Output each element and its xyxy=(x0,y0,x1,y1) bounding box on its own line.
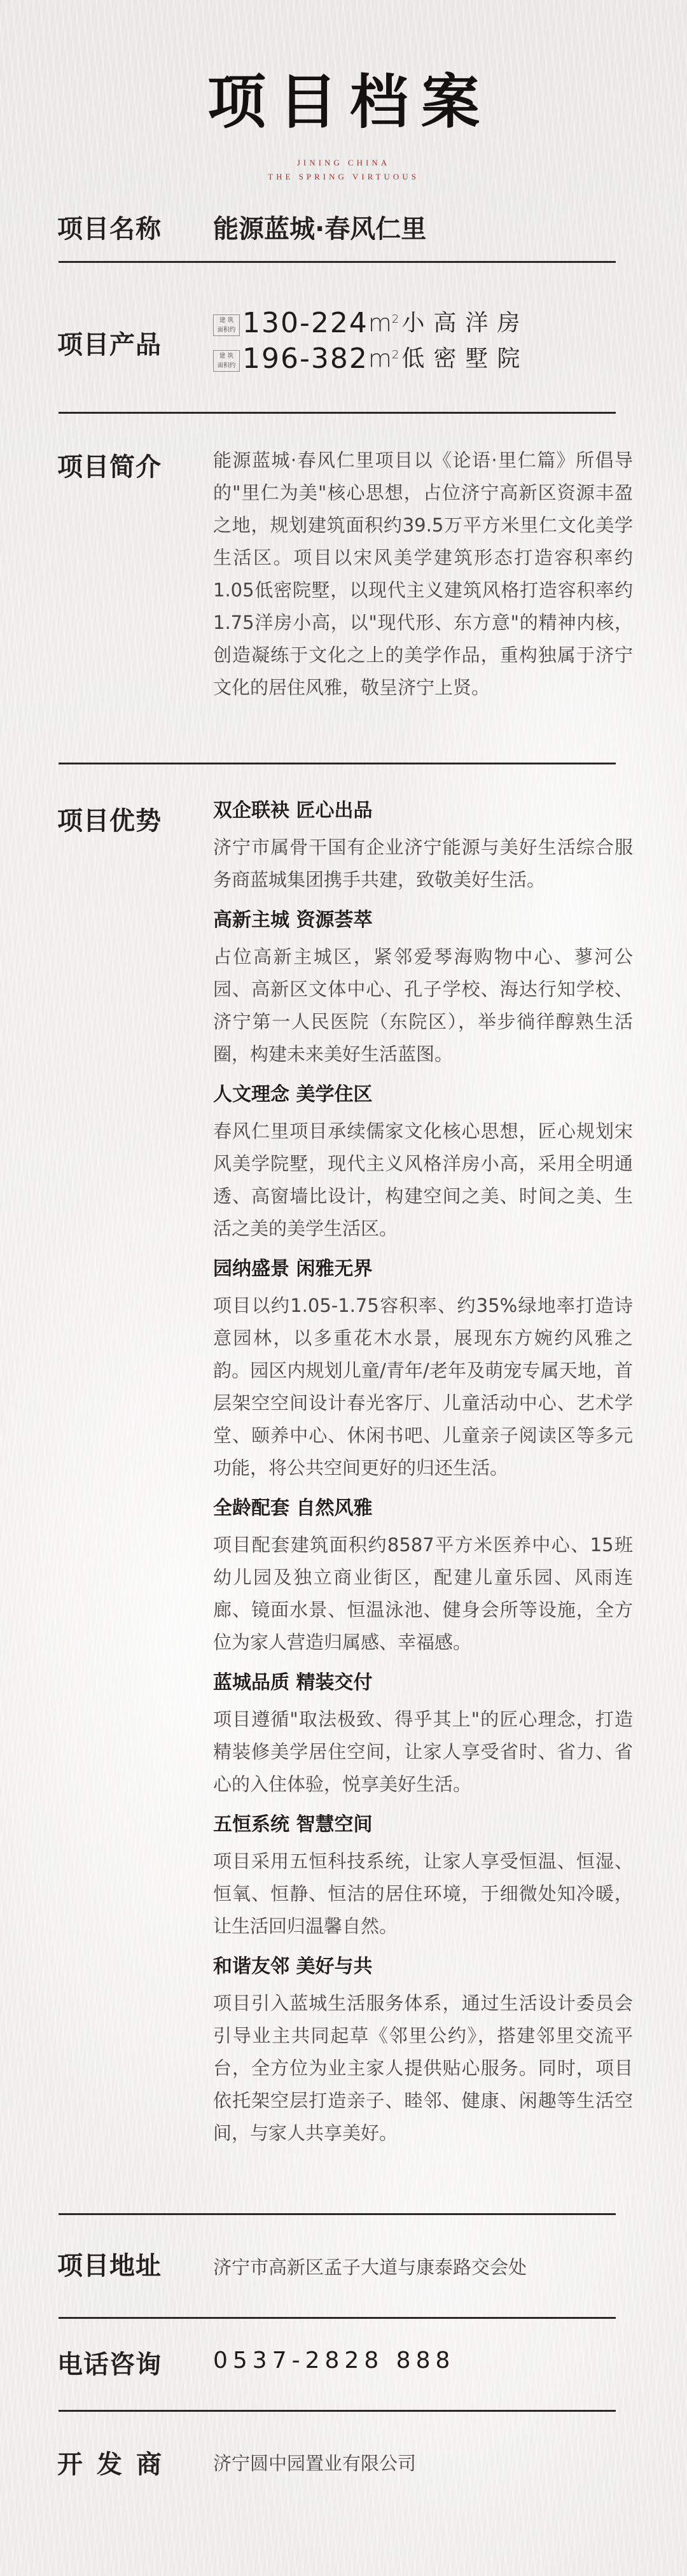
area-tag: 建 筑 面积约 xyxy=(213,314,240,336)
products-label: 项目产品 xyxy=(57,325,162,361)
product-item: 建 筑 面积约 130-224 m2 小高洋房 xyxy=(213,304,529,340)
advantage-body: 项目引入蓝城生活服务体系，通过生活设计委员会引导业主共同起草《邻里公约》，搭建邻… xyxy=(213,1987,633,2150)
advantage-body: 项目以约1.05-1.75容积率、约35%绿地率打造诗意园林，以多重花木水景，展… xyxy=(213,1290,633,1484)
advantage-item: 双企联袂 匠心出品 济宁市属骨干国有企业济宁能源与美好生活综合服务商蓝城集团携手… xyxy=(213,796,633,896)
area-tag-line-1: 建 筑 xyxy=(214,351,239,361)
unit-text: m xyxy=(368,345,392,373)
advantage-title: 人文理念 美学住区 xyxy=(213,1080,633,1110)
divider xyxy=(59,261,616,263)
advantage-item: 园纳盛景 闲雅无界 项目以约1.05-1.75容积率、约35%绿地率打造诗意园林… xyxy=(213,1254,633,1484)
unit-sup: 2 xyxy=(392,313,399,326)
advantage-body: 春风仁里项目承续儒家文化核心思想，匠心规划宋风美学院墅，现代主义风格洋房小高，采… xyxy=(213,1115,633,1245)
advantage-body: 占位高新主城区，紧邻爱琴海购物中心、蓼河公园、高新区文体中心、孔子学校、海达行知… xyxy=(213,941,633,1071)
product-type: 低密墅院 xyxy=(401,342,529,376)
advantage-item: 和谐友邻 美好与共 项目引入蓝城生活服务体系，通过生活设计委员会引导业主共同起草… xyxy=(213,1952,633,2150)
area-tag-line-2: 面积约 xyxy=(214,325,239,335)
advantage-body: 项目采用五恒科技系统，让家人享受恒温、恒湿、恒氧、恒静、恒洁的居住环境，于细微处… xyxy=(213,1845,633,1943)
address-value: 济宁市高新区孟子大道与康泰路交会处 xyxy=(213,2253,527,2279)
area-tag-line-2: 面积约 xyxy=(214,361,239,370)
product-list: 建 筑 面积约 130-224 m2 小高洋房 建 筑 面积约 196-382 … xyxy=(213,304,529,376)
divider xyxy=(59,412,616,414)
product-unit: m2 xyxy=(368,339,399,376)
area-tag-line-1: 建 筑 xyxy=(214,316,239,325)
product-area-range: 196-382 xyxy=(242,342,368,376)
advantage-title: 和谐友邻 美好与共 xyxy=(213,1952,633,1982)
unit-text: m xyxy=(368,309,392,337)
advantage-title: 五恒系统 智慧空间 xyxy=(213,1810,633,1840)
developer-label: 开发商 xyxy=(57,2444,176,2481)
area-tag: 建 筑 面积约 xyxy=(213,350,240,372)
advantage-title: 园纳盛景 闲雅无界 xyxy=(213,1254,633,1284)
project-name-value: 能源蓝城·春风仁里 xyxy=(213,209,426,245)
product-area-range: 130-224 xyxy=(242,307,368,340)
advantage-title: 高新主城 资源荟萃 xyxy=(213,905,633,936)
subtitle-line-1: JINING CHINA xyxy=(0,156,687,170)
page-header: 项目档案 JINING CHINA THE SPRING VIRTUOUS xyxy=(0,67,687,184)
advantage-item: 蓝城品质 精装交付 项目遵循"取法极致、得乎其上"的匠心理念，打造精装修美学居住… xyxy=(213,1668,633,1801)
product-unit: m2 xyxy=(368,303,399,340)
subtitle-line-2: THE SPRING VIRTUOUS xyxy=(0,170,687,184)
phone-number[interactable]: 0537-2828 888 xyxy=(213,2347,455,2374)
divider xyxy=(59,2410,616,2412)
project-name-label: 项目名称 xyxy=(57,209,162,245)
advantage-item: 全龄配套 自然风雅 项目配套建筑面积约8587平方米医养中心、15班幼儿园及独立… xyxy=(213,1493,633,1659)
advantages-list: 双企联袂 匠心出品 济宁市属骨干国有企业济宁能源与美好生活综合服务商蓝城集团携手… xyxy=(213,796,633,2158)
phone-label: 电话咨询 xyxy=(57,2344,162,2381)
advantage-body: 济宁市属骨干国有企业济宁能源与美好生活综合服务商蓝城集团携手共建，致敬美好生活。 xyxy=(213,831,633,896)
advantage-title: 蓝城品质 精装交付 xyxy=(213,1668,633,1698)
advantage-body: 项目遵循"取法极致、得乎其上"的匠心理念，打造精装修美学居住空间，让家人享受省时… xyxy=(213,1703,633,1801)
developer-value: 济宁圆中园置业有限公司 xyxy=(213,2449,416,2475)
advantage-item: 五恒系统 智慧空间 项目采用五恒科技系统，让家人享受恒温、恒湿、恒氧、恒静、恒洁… xyxy=(213,1810,633,1943)
advantages-label: 项目优势 xyxy=(57,801,162,837)
product-item: 建 筑 面积约 196-382 m2 低密墅院 xyxy=(213,340,529,376)
advantage-title: 全龄配套 自然风雅 xyxy=(213,1493,633,1524)
unit-sup: 2 xyxy=(392,348,399,362)
address-label: 项目地址 xyxy=(57,2246,162,2282)
advantage-item: 人文理念 美学住区 春风仁里项目承续儒家文化核心思想，匠心规划宋风美学院墅，现代… xyxy=(213,1080,633,1245)
advantage-body: 项目配套建筑面积约8587平方米医养中心、15班幼儿园及独立商业街区，配建儿童乐… xyxy=(213,1529,633,1659)
advantage-title: 双企联袂 匠心出品 xyxy=(213,796,633,826)
divider xyxy=(59,763,616,764)
intro-section: 能源蓝城·春风仁里项目以《论语·里仁篇》所倡导的"里仁为美"核心思想，占位济宁高… xyxy=(213,444,633,704)
advantage-item: 高新主城 资源荟萃 占位高新主城区，紧邻爱琴海购物中心、蓼河公园、高新区文体中心… xyxy=(213,905,633,1071)
product-type: 小高洋房 xyxy=(401,307,529,340)
intro-text: 能源蓝城·春风仁里项目以《论语·里仁篇》所倡导的"里仁为美"核心思想，占位济宁高… xyxy=(213,444,633,704)
divider xyxy=(59,2213,616,2215)
page-title: 项目档案 xyxy=(13,67,687,137)
divider xyxy=(59,2317,616,2319)
intro-label: 项目简介 xyxy=(57,447,162,483)
